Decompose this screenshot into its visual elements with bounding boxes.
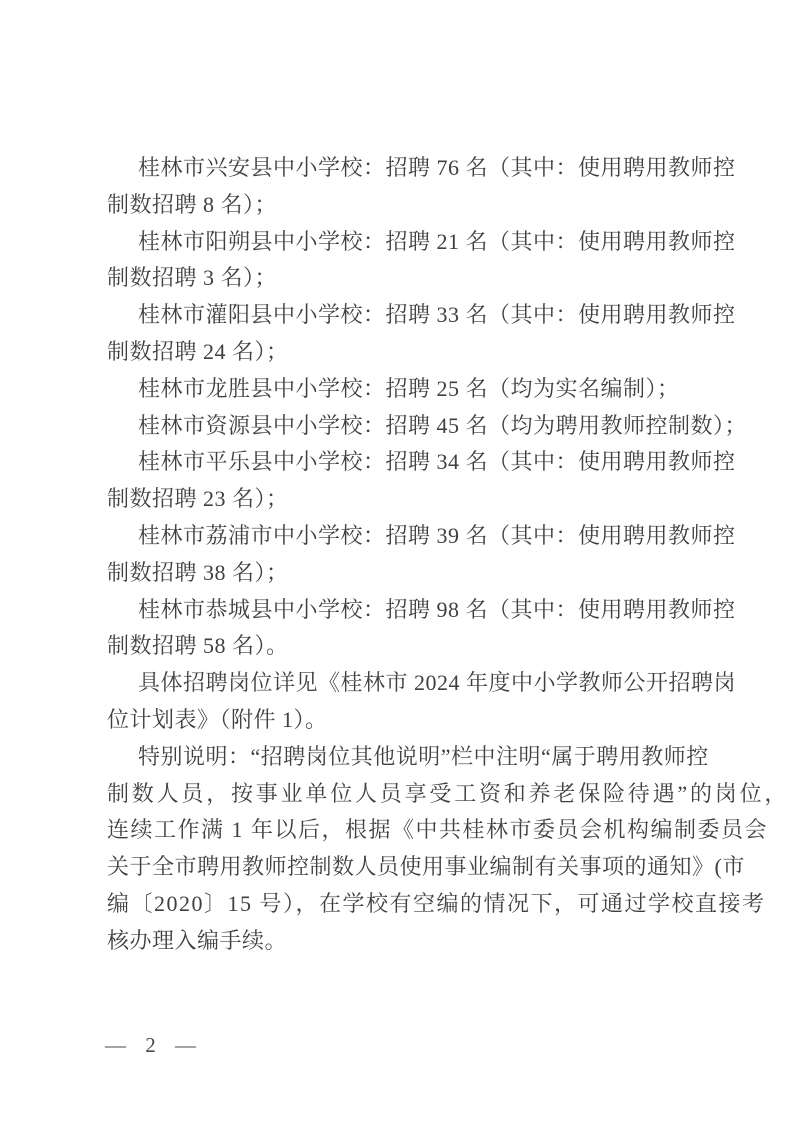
document-line: 制数招聘 58 名）。 xyxy=(107,628,787,665)
document-line: 桂林市兴安县中小学校：招聘 76 名（其中：使用聘用教师控 xyxy=(107,150,787,187)
document-line: 桂林市资源县中小学校：招聘 45 名（均为聘用教师控制数）； xyxy=(107,408,787,445)
page-number-footer: — 2 — xyxy=(105,1030,203,1060)
document-line: 制数招聘 3 名）； xyxy=(107,260,787,297)
document-line: 位计划表》（附件 1）。 xyxy=(107,702,787,739)
document-line: 具体招聘岗位详见《桂林市 2024 年度中小学教师公开招聘岗 xyxy=(107,665,787,702)
document-line: 桂林市阳朔县中小学校：招聘 21 名（其中：使用聘用教师控 xyxy=(107,224,787,261)
document-line: 制数招聘 24 名）； xyxy=(107,334,787,371)
document-line: 桂林市荔浦市中小学校：招聘 39 名（其中：使用聘用教师控 xyxy=(107,518,787,555)
document-line: 特别说明：“招聘岗位其他说明”栏中注明“属于聘用教师控 xyxy=(107,739,787,776)
document-line: 桂林市灌阳县中小学校：招聘 33 名（其中：使用聘用教师控 xyxy=(107,297,787,334)
document-line: 制数招聘 8 名）； xyxy=(107,187,787,224)
document-body: 桂林市兴安县中小学校：招聘 76 名（其中：使用聘用教师控 制数招聘 8 名）；… xyxy=(107,150,787,960)
document-line: 制数人员，按事业单位人员享受工资和养老保险待遇”的岗位， xyxy=(107,776,787,813)
document-line: 核办理入编手续。 xyxy=(107,923,787,960)
document-line: 关于全市聘用教师控制数人员使用事业编制有关事项的通知》(市 xyxy=(107,849,787,886)
document-line: 制数招聘 38 名）； xyxy=(107,555,787,592)
document-line: 桂林市平乐县中小学校：招聘 34 名（其中：使用聘用教师控 xyxy=(107,444,787,481)
document-page: 桂林市兴安县中小学校：招聘 76 名（其中：使用聘用教师控 制数招聘 8 名）；… xyxy=(0,0,800,1131)
document-line: 连续工作满 1 年以后，根据《中共桂林市委员会机构编制委员会 xyxy=(107,812,787,849)
document-line: 编〔2020〕15 号），在学校有空编的情况下，可通过学校直接考 xyxy=(107,886,787,923)
document-line: 桂林市龙胜县中小学校：招聘 25 名（均为实名编制）； xyxy=(107,371,787,408)
document-line: 制数招聘 23 名）； xyxy=(107,481,787,518)
document-line: 桂林市恭城县中小学校：招聘 98 名（其中：使用聘用教师控 xyxy=(107,592,787,629)
